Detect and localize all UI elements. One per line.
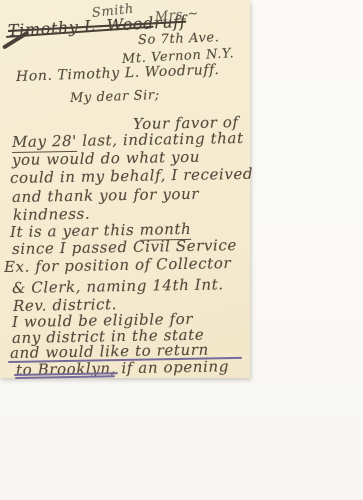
recipient-line: Hon. Timothy L. Woodruff. xyxy=(16,62,220,85)
body-line-15-rest: if an opening xyxy=(116,357,229,377)
letter-scan-background: Smith Timothy L. Woodruff Mrs ~ So 7th A… xyxy=(0,0,363,500)
address-line-1: So 7th Ave. xyxy=(138,30,220,48)
body-line-4: could in my behalf, I received xyxy=(10,165,253,187)
body-line-2-rest: last, indicating that xyxy=(77,129,244,150)
body-line-5: and thank you for your xyxy=(12,185,199,206)
body-line-10: & Clerk, naming 14th Int. xyxy=(12,275,224,297)
mrs-note: Mrs ~ xyxy=(154,6,199,25)
body-line-2: May 28' last, indicating that xyxy=(12,129,244,151)
body-line-9: Ex. for position of Collector xyxy=(4,254,232,276)
salutation-line: My dear Sir; xyxy=(70,88,160,106)
letter-paper: Smith Timothy L. Woodruff Mrs ~ So 7th A… xyxy=(0,0,250,378)
